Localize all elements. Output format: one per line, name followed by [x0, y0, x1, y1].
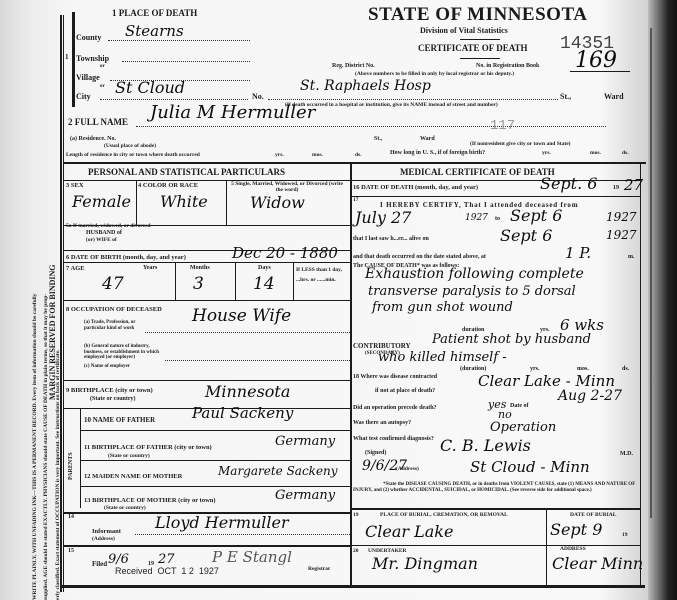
residence-ward-label: Ward	[420, 136, 435, 142]
scan-edge-shadow	[648, 0, 677, 600]
occupation-value: House Wife	[192, 306, 291, 326]
signed-label: (Signed)	[365, 450, 386, 456]
address-label: (Address)	[396, 466, 419, 472]
city-label: City	[76, 92, 91, 101]
age-label: 7 AGE	[66, 265, 85, 272]
grid-line	[64, 162, 646, 164]
burial-date-value: Sept 9	[550, 520, 602, 539]
cause-line-3: from gun shot wound	[372, 300, 513, 315]
test-value: Operation	[490, 420, 556, 435]
death-time-suffix: m.	[628, 254, 635, 260]
sex-label: 3 SEX	[66, 182, 84, 189]
operation-date-label: Date of	[510, 403, 529, 409]
father-birthplace-label: 11 BIRTHPLACE OF FATHER (city or town)	[84, 444, 212, 451]
sex-value: Female	[72, 192, 131, 211]
years-label: Years	[143, 265, 157, 271]
item-number-15: 15	[68, 548, 74, 554]
street-no-label: No.	[252, 92, 264, 101]
days-label: Days	[258, 265, 271, 271]
grid-line	[80, 486, 350, 487]
birthplace-label: 9 BIRTHPLACE (city or town)	[66, 387, 153, 394]
undertaker-address-value: Clear Minn	[552, 554, 643, 573]
registrar-signature: P E Stangl	[212, 548, 292, 566]
filed-year-value: 27	[158, 552, 175, 567]
contrib-ds-label: ds.	[622, 366, 629, 372]
race-label: 4 COLOR OR RACE	[138, 182, 198, 189]
length-residence-label: Length of residence in city or town wher…	[66, 152, 200, 158]
st-label: St.,	[560, 92, 571, 101]
age-days-value: 14	[253, 274, 275, 294]
border-line	[60, 15, 62, 592]
dod-year-prefix: 19	[613, 185, 619, 191]
mother-birthplace-sub: (State or country)	[104, 505, 146, 511]
months-label: Months	[190, 265, 210, 271]
grid-line	[80, 430, 350, 431]
full-name-label: 2 FULL NAME	[68, 117, 128, 127]
informant-line	[135, 534, 350, 535]
contributory-value-2: who killed himself -	[378, 350, 507, 365]
attend-to-year: 1927	[606, 210, 637, 224]
father-birthplace-sub: (State or country)	[108, 453, 150, 459]
grid-line	[136, 180, 137, 225]
occupation-a-label: (a) Trade, Profession, or particular kin…	[84, 320, 154, 331]
occupation-c-label: (c) Name of employer	[84, 364, 130, 369]
grid-line	[350, 508, 640, 510]
or-text: or	[100, 84, 105, 89]
reg-book-value: 169	[575, 48, 617, 73]
burial-place-label: PLACE OF BURIAL, CREMATION, OR REMOVAL	[380, 512, 508, 518]
township-label: Township	[76, 54, 109, 63]
township-line	[122, 61, 250, 62]
signed-value: C. B. Lewis	[440, 436, 531, 455]
informant-label: Informant	[92, 528, 121, 535]
center-divider	[350, 162, 352, 587]
parents-label: PARENTS	[68, 452, 74, 480]
margin-instructions-1: WRITE PLAINLY, WITH UNFADING INK—THIS IS…	[32, 40, 38, 600]
where-contracted-sub: if not at place of death?	[375, 388, 435, 394]
marital-value: Widow	[250, 193, 305, 212]
birthplace-sub-label: (State or country)	[90, 396, 136, 402]
street-line	[268, 99, 558, 100]
occupation-label: 8 OCCUPATION OF DECEASED	[66, 306, 162, 313]
less-than-day-label: If LESS than 1 day, ...hrs. or ......min…	[296, 265, 346, 285]
occupation-b-label: (b) General nature of industry, business…	[84, 344, 164, 361]
item-number-20: 20	[353, 548, 359, 554]
grid-line	[350, 545, 640, 546]
item-number-14: 14	[68, 514, 74, 520]
personal-section-title: PERSONAL AND STATISTICAL PARTICULARS	[88, 167, 285, 177]
item-number-19: 19	[353, 512, 359, 518]
residence-note: (Usual place of abode)	[104, 143, 156, 149]
binding-line	[650, 28, 652, 518]
cause-line-2: transverse paralysis to 5 dorsal	[368, 284, 576, 299]
grid-line	[64, 545, 350, 547]
us-yrs: yrs.	[542, 150, 551, 156]
residence-label: (a) Residence. No.	[70, 136, 116, 142]
where-contracted-label: 18 Where was disease contracted	[353, 374, 437, 380]
death-time-value: 1 P.	[565, 244, 591, 262]
grid-line	[350, 196, 640, 197]
grid-line	[293, 262, 294, 300]
mother-birthplace-label: 13 BIRTHPLACE OF MOTHER (city or town)	[84, 497, 216, 504]
attend-to-value: Sept 6	[510, 206, 562, 225]
dob-value: Dec 20 - 1880	[232, 244, 338, 262]
county-value: Stearns	[125, 22, 184, 40]
attend-from-year: 1927	[465, 213, 488, 223]
city-value: St Cloud	[115, 78, 185, 97]
city-line	[100, 99, 248, 100]
marital-label: 5 Single, Married, Widowed, or Divorced …	[228, 181, 346, 193]
grid-line	[80, 460, 350, 461]
grid-line	[64, 380, 350, 381]
grid-line	[546, 508, 547, 588]
county-label: County	[76, 33, 101, 42]
grid-line	[235, 262, 236, 300]
informant-address-label: (Address)	[92, 536, 115, 542]
mother-name-value: Margarete Sackeny	[218, 464, 338, 478]
county-line	[108, 40, 250, 41]
undertaker-value: Mr. Dingman	[372, 554, 478, 573]
filed-label: Filed	[92, 560, 107, 568]
father-name-value: Paul Sackeny	[192, 404, 293, 422]
father-birthplace-value: Germany	[275, 434, 335, 449]
us-residence-label: How long in U. S., if of foreign birth?	[390, 150, 485, 156]
last-saw-value: Sept 6	[500, 226, 552, 245]
us-mos: mos.	[590, 150, 601, 156]
informant-value: Lloyd Hermuller	[155, 513, 289, 532]
birthplace-value: Minnesota	[205, 382, 290, 401]
last-saw-label: that I last saw h...er... alive on	[353, 236, 429, 242]
item-number-1: 1	[65, 53, 69, 61]
husband-label: HUSBAND of	[86, 230, 122, 236]
death-certificate-scan: MARGIN RESERVED FOR BINDING WRITE PLAINL…	[0, 0, 677, 600]
burial-place-value: Clear Lake	[365, 522, 453, 541]
burial-year-prefix: 19	[622, 532, 628, 538]
burial-date-label: DATE OF BURIAL	[570, 512, 616, 518]
state-title: STATE OF MINNESOTA	[368, 4, 587, 26]
age-years-value: 47	[102, 274, 124, 294]
occupation-b-line	[165, 360, 350, 361]
operation-label: Did an operation precede death?	[353, 405, 437, 411]
grid-line	[64, 262, 350, 263]
mother-name-label: 12 MAIDEN NAME OF MOTHER	[84, 473, 182, 480]
autopsy-label: Was there an autopsy?	[353, 420, 411, 426]
medical-section-title: MEDICAL CERTIFICATE OF DEATH	[400, 167, 555, 177]
index-stamp: 117	[490, 118, 515, 134]
attend-from-value: July 27	[355, 208, 411, 227]
nonresident-note: (If nonresident give city or town and St…	[470, 141, 570, 147]
wife-label: (or) WIFE of	[86, 237, 117, 243]
divider	[460, 39, 500, 40]
divider	[460, 58, 500, 59]
certificate-title: CERTIFICATE OF DEATH	[418, 43, 528, 53]
operation-date-value: Aug 2-27	[558, 388, 622, 404]
division-title: Division of Vital Statistics	[420, 26, 508, 35]
occupation-a-line	[145, 332, 350, 333]
reg-district-label: Reg. District No.	[332, 63, 375, 69]
place-of-death-title: 1 PLACE OF DEATH	[112, 8, 197, 18]
village-label: Village	[76, 73, 100, 82]
right-border	[640, 162, 641, 587]
death-time-label: and that death occurred on the date stat…	[353, 254, 486, 260]
dod-year-value: 27	[624, 176, 643, 194]
reg-note: (Above numbers to be filled in only by l…	[355, 71, 514, 77]
dod-value: Sept. 6	[540, 174, 597, 193]
mos-label: mos.	[312, 152, 323, 158]
border-line	[63, 15, 64, 592]
registrar-label: Registrar	[308, 566, 330, 572]
full-name-line	[136, 126, 606, 127]
father-name-label: 10 NAME OF FATHER	[84, 416, 155, 424]
contributory-value-1: Patient shot by husband	[432, 332, 591, 347]
yrs-label: yrs.	[275, 152, 284, 158]
spouse-label: 5a If married, widowed, or divorced	[66, 223, 151, 229]
test-label: What test confirmed diagnosis?	[353, 436, 434, 442]
age-months-value: 3	[193, 274, 204, 294]
ds-label: ds.	[355, 152, 362, 158]
race-value: White	[160, 192, 208, 211]
place-bar	[72, 12, 75, 107]
signed-address-value: St Cloud - Minn	[470, 458, 590, 476]
received-stamp: Received OCT 1 2 1927	[115, 566, 219, 576]
full-name-value: Julia M Hermuller	[150, 102, 315, 123]
item-number-17: 17	[353, 197, 359, 203]
footnote: *State the DISEASE CAUSING DEATH, or in …	[353, 482, 643, 494]
to-label: to	[495, 216, 500, 222]
undertaker-address-label: ADDRESS	[560, 546, 586, 552]
grid-line	[175, 262, 176, 300]
or-text: or	[100, 64, 105, 69]
residence-st-label: St.,	[374, 136, 382, 142]
contributory-label: CONTRIBUTORY	[353, 342, 411, 350]
md-label: M.D.	[620, 451, 633, 457]
cause-line-1: Exhaustion following complete	[365, 266, 584, 282]
mother-birthplace-value: Germany	[275, 488, 335, 503]
dod-label: 16 DATE OF DEATH (month, day, and year)	[353, 184, 478, 191]
grid-line	[226, 180, 227, 225]
ward-label: Ward	[604, 92, 624, 101]
grid-line	[80, 408, 81, 508]
hospital-value: St. Raphaels Hosp	[300, 78, 431, 94]
dob-label: 6 DATE OF BIRTH (month, day, and year)	[66, 254, 186, 261]
bottom-border	[60, 585, 645, 588]
us-ds: ds.	[622, 150, 629, 156]
grid-line	[64, 300, 350, 301]
last-saw-year: 1927	[606, 228, 637, 242]
hospital-note: (If death occurred in a hospital or inst…	[285, 102, 498, 108]
filed-date-value: 9/6	[108, 552, 129, 567]
margin-instructions-2: supplied. AGE should be stated EXACTLY. …	[43, 294, 49, 600]
reg-book-label: No. in Registration Book	[476, 63, 539, 69]
